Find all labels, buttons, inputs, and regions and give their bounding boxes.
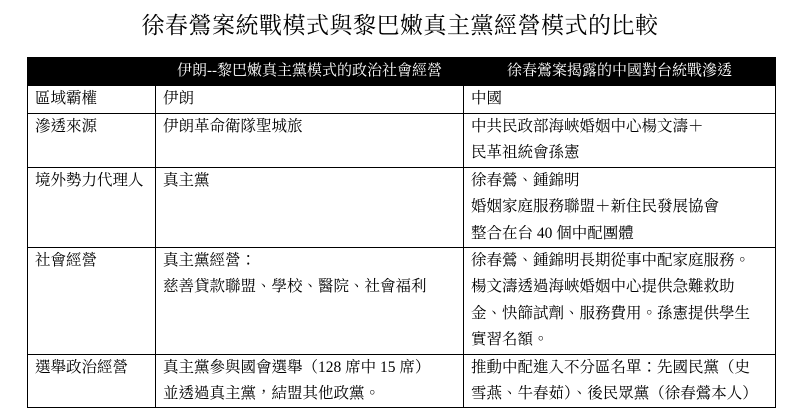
table-row-foreign-agents: 境外勢力代理人 真主黨 徐春鶯、鍾錦明 婚姻家庭服務聯盟＋新住民發展協會 整合在… — [28, 167, 776, 247]
table-border-overshoot — [155, 398, 156, 405]
row-label: 區域霸權 — [28, 86, 156, 114]
table-row-electoral-politics: 選舉政治經營 真主黨參與國會選舉（128 席中 15 席） 並透過真主黨，結盟其… — [28, 354, 776, 408]
cell-iran: 真主黨參與國會選舉（128 席中 15 席） 並透過真主黨，結盟其他政黨。 — [156, 354, 464, 408]
header-cell-iran-model: 伊朗--黎巴嫩真主黨模式的政治社會經營 — [156, 58, 464, 86]
cell-china: 徐春鶯、鍾錦明長期從事中配家庭服務。 楊文濤透過海峽婚姻中心提供急難救助 金、快… — [464, 248, 776, 355]
page-title: 徐春鶯案統戰模式與黎巴嫩真主黨經營模式的比較 — [0, 10, 800, 42]
header-cell-china-model: 徐春鶯案揭露的中國對台統戰滲透 — [464, 58, 776, 86]
table-row-social-operations: 社會經營 真主黨經營： 慈善貸款聯盟、學校、醫院、社會福利 徐春鶯、鍾錦明長期從… — [28, 248, 776, 355]
cell-iran: 真主黨 — [156, 167, 464, 247]
cell-china: 徐春鶯、鍾錦明 婚姻家庭服務聯盟＋新住民發展協會 整合在台 40 個中配團體 — [464, 167, 776, 247]
cell-china: 推動中配進入不分區名單：先國民黨（史 雪燕、牛春茹）、後民眾黨（徐春鶯本人） — [464, 354, 776, 408]
comparison-table: 伊朗--黎巴嫩真主黨模式的政治社會經營 徐春鶯案揭露的中國對台統戰滲透 區域霸權… — [27, 57, 776, 408]
table-border-overshoot — [463, 398, 464, 405]
cell-iran: 伊朗革命衛隊聖城旅 — [156, 114, 464, 168]
table-row-regional-hegemon: 區域霸權 伊朗 中國 — [28, 86, 776, 114]
table-header-row: 伊朗--黎巴嫩真主黨模式的政治社會經營 徐春鶯案揭露的中國對台統戰滲透 — [28, 58, 776, 86]
cell-iran: 伊朗 — [156, 86, 464, 114]
row-label: 境外勢力代理人 — [28, 167, 156, 247]
header-cell-empty — [28, 58, 156, 86]
document-page: 徐春鶯案統戰模式與黎巴嫩真主黨經營模式的比較 伊朗--黎巴嫩真主黨模式的政治社會… — [0, 0, 800, 410]
row-label: 社會經營 — [28, 248, 156, 355]
cell-iran: 真主黨經營： 慈善貸款聯盟、學校、醫院、社會福利 — [156, 248, 464, 355]
row-label: 選舉政治經營 — [28, 354, 156, 408]
row-label: 滲透來源 — [28, 114, 156, 168]
table-row-infiltration-source: 滲透來源 伊朗革命衛隊聖城旅 中共民政部海峽婚姻中心楊文濤＋ 民革祖統會孫憲 — [28, 114, 776, 168]
cell-china: 中共民政部海峽婚姻中心楊文濤＋ 民革祖統會孫憲 — [464, 114, 776, 168]
cell-china: 中國 — [464, 86, 776, 114]
